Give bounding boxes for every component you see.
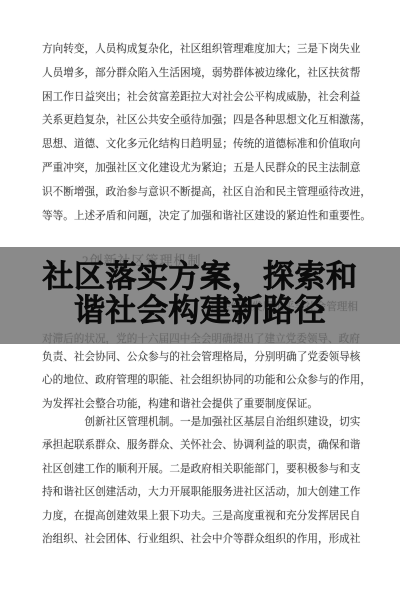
text-line: 等等。上述矛盾和问题，决定了加强和谐社区建设的紧迫性和重要性。 bbox=[42, 205, 362, 229]
text-line: 方向转变，人员构成复杂化，社区组织管理难度加大；三是下岗失业 bbox=[42, 38, 362, 62]
banner-title-line-1: 社区落实方案，探索和 bbox=[0, 260, 400, 294]
text-line: 严重冲突，加强社区文化建设尤为紧迫；五是人民群众的民主法制意 bbox=[42, 157, 362, 181]
text-line: 承担起联系群众、服务群众、关怀社会、协调利益的职责，确保和谐 bbox=[42, 434, 362, 457]
text-line: 关系更趋复杂，社区公共安全亟待加强；四是各种思想文化互相激荡， bbox=[42, 109, 362, 133]
text-line: 思想、道德、文化多元化结构日趋明显；传统的道德标准和价值取向 bbox=[42, 133, 362, 157]
underlay-bottom-line: 对滞后的状况，党的十六届四中全会明确提出了建立党委领导、政府 bbox=[42, 331, 360, 344]
text-line: 识不断增强，政治参与意识不断提高，社区自治和民主管理亟待改进， bbox=[42, 181, 362, 205]
text-line: 治组织、社会团体、行业组织、社会中介等群众组织的作用，形成社 bbox=[42, 528, 362, 551]
text-line: 困工作日益突出；社会贫富差距拉大对社会公平构成威胁，社会利益 bbox=[42, 86, 362, 110]
text-line: 力度，在提高创建效果上狠下功夫。三是高度重视和充分发挥居民自 bbox=[42, 505, 362, 528]
text-line: 负责、社会协同、公众参与的社会管理格局，分别明确了党委领导核 bbox=[42, 346, 362, 369]
document-page: 方向转变，人员构成复杂化，社区组织管理难度加大；三是下岗失业人员增多，部分群众陷… bbox=[0, 0, 400, 591]
body-paragraph-bottom: 创新社区管理机制。一是加强社区基层自治组织建设，切实承担起联系群众、服务群众、关… bbox=[42, 411, 362, 551]
body-paragraph-top: 方向转变，人员构成复杂化，社区组织管理难度加大；三是下岗失业人员增多，部分群众陷… bbox=[42, 38, 362, 228]
text-line: 心的地位、政府管理的职能、社会组织协同的功能和公众参与的作用， bbox=[42, 369, 362, 392]
text-line: 社区创建工作的顺利开展。二是政府相关职能部门，要积极参与和支 bbox=[42, 458, 362, 481]
overlay-banner: 2创新社区管理机制 社会经济发展水平与社会管理相 对滞后的状况，党的十六届四中全… bbox=[0, 247, 400, 344]
text-line: 持和谐社区创建活动，大力开展职能服务进社区活动，加大创建工作 bbox=[42, 481, 362, 504]
banner-title: 社区落实方案，探索和 谐社会构建新路径 bbox=[0, 260, 400, 328]
text-line: 人员增多，部分群众陷入生活困境，弱势群体被边缘化，社区扶贫帮 bbox=[42, 62, 362, 86]
text-line: 创新社区管理机制。一是加强社区基层自治组织建设，切实 bbox=[42, 411, 362, 434]
body-paragraph-middle: 负责、社会协同、公众参与的社会管理格局，分别明确了党委领导核心的地位、政府管理的… bbox=[42, 346, 362, 416]
banner-title-line-2: 谐社会构建新路径 bbox=[0, 294, 400, 328]
